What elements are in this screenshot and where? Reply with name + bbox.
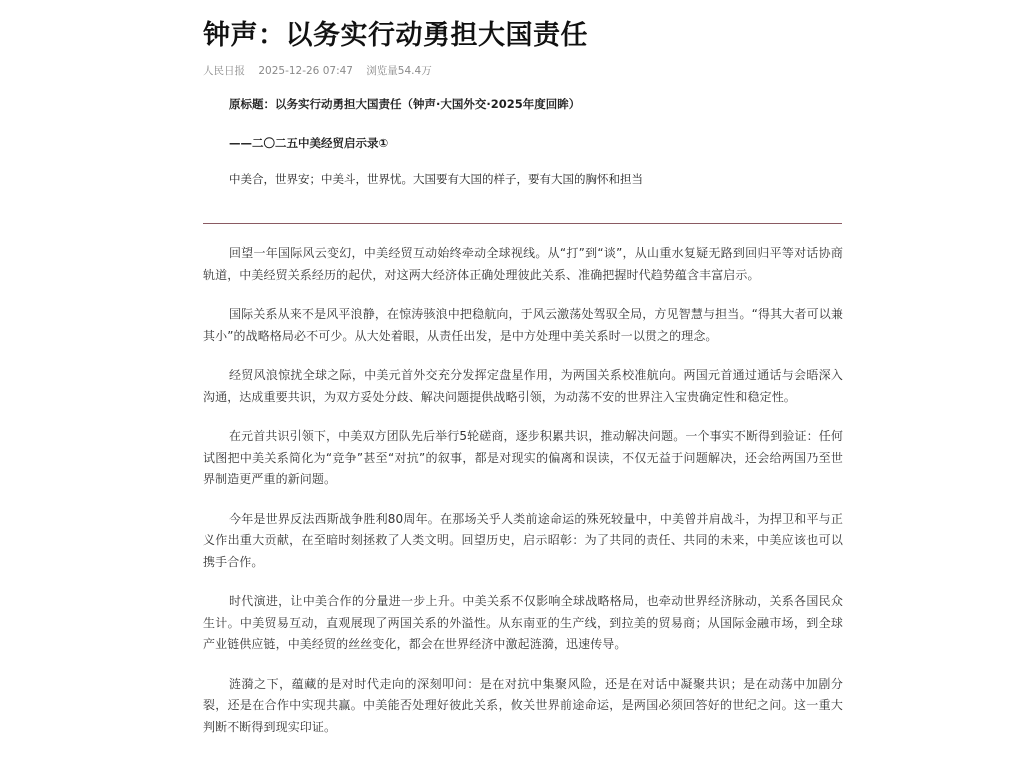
paragraph: 今年是世界反法西斯战争胜利80周年。在那场关乎人类前途命运的殊死较量中，中美曾并…	[203, 509, 843, 574]
article-source: 人民日报	[203, 65, 245, 77]
paragraph: 时代演进，让中美合作的分量进一步上升。中美关系不仅影响全球战略格局，也牵动世界经…	[203, 591, 843, 656]
divider	[203, 223, 842, 224]
paragraph: 经贸风浪惊扰全球之际，中美元首外交充分发挥定盘星作用，为两国关系校准航向。两国元…	[203, 365, 843, 408]
article-summary: 中美合，世界安；中美斗，世界忧。大国要有大国的样子，要有大国的胸怀和担当	[229, 171, 839, 187]
paragraph: 在元首共识引领下，中美双方团队先后举行5轮磋商，逐步积累共识，推动解决问题。一个…	[203, 426, 843, 491]
paragraph: 回望一年国际风云变幻，中美经贸互动始终牵动全球视线。从“打”到“谈”，从山重水复…	[203, 243, 843, 286]
paragraph: 涟漪之下，蕴藏的是对时代走向的深刻叩问：是在对抗中集聚风险，还是在对话中凝聚共识…	[203, 674, 843, 739]
article-meta: 人民日报 2025-12-26 07:47 浏览量54.4万	[203, 64, 442, 78]
paragraph: 国际关系从来不是风平浪静，在惊涛骇浪中把稳航向，于风云激荡处驾驭全局，方见智慧与…	[203, 304, 843, 347]
article-views: 浏览量54.4万	[366, 65, 431, 77]
article-subtitle: ——二〇二五中美经贸启示录①	[229, 135, 839, 151]
article-body: 回望一年国际风云变幻，中美经贸互动始终牵动全球视线。从“打”到“谈”，从山重水复…	[203, 243, 843, 756]
article-title: 钟声：以务实行动勇担大国责任	[203, 18, 588, 54]
original-title: 原标题：以务实行动勇担大国责任（钟声·大国外交·2025年度回眸）	[229, 96, 839, 112]
article-datetime: 2025-12-26 07:47	[258, 65, 353, 77]
